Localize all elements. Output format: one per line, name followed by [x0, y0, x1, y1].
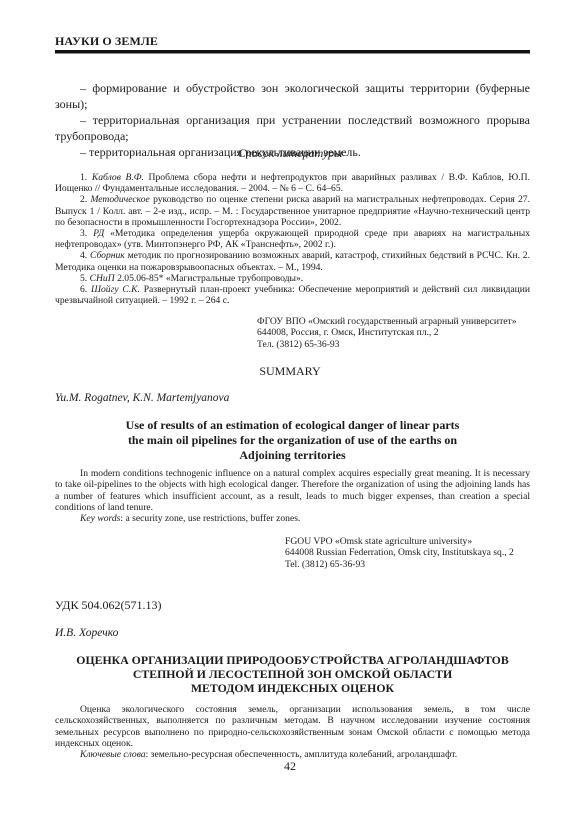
header-rule — [55, 50, 530, 53]
title-line: МЕТОДОМ ИНДЕКСНЫХ ОЦЕНОК — [55, 681, 530, 695]
affiliation-en: FGOU VPO «Omsk state agriculture univers… — [285, 536, 514, 570]
article-title: ОЦЕНКА ОРГАНИЗАЦИИ ПРИРОДООБУСТРОЙСТВА А… — [55, 653, 530, 695]
reference-lead: РД — [93, 228, 104, 239]
reference-lead: Шойгу С.К. — [91, 284, 140, 295]
summary-authors: Yu.M. Rogatnev, K.N. Martemjyanova — [55, 392, 229, 404]
reference-text: «Методика определения ущерба окружающей … — [55, 228, 530, 250]
affiliation-line: Тел. (3812) 65-36-93 — [257, 339, 517, 350]
title-line: Adjoining territories — [55, 448, 530, 463]
title-line: ОЦЕНКА ОРГАНИЗАЦИИ ПРИРОДООБУСТРОЙСТВА А… — [55, 653, 530, 667]
summary-abstract: In modern conditions technogenic influen… — [55, 468, 530, 524]
article-author: И.В. Хоречко — [55, 627, 118, 639]
title-line: СТЕПНОЙ И ЛЕСОСТЕПНОЙ ЗОН ОМСКОЙ ОБЛАСТИ — [55, 667, 530, 681]
reference-item: 5. СНиП 2.05.06-85* «Магистральные трубо… — [55, 273, 530, 284]
references-list: 1. Каблов В.Ф. Проблема сбора нефти и не… — [55, 172, 530, 306]
udk-code: УДК 504.062(571.13) — [55, 598, 161, 613]
article-abstract: Оценка экологического состояния земель, … — [55, 704, 530, 760]
reference-item: 6. Шойгу С.К. Развернутый план-проект уч… — [55, 284, 530, 306]
affiliation-line: Tel. (3812) 65-36-93 — [285, 559, 514, 570]
keywords-label: Key words — [80, 513, 120, 524]
affiliation-line: FGOU VPO «Omsk state agriculture univers… — [285, 536, 514, 547]
reference-item: 1. Каблов В.Ф. Проблема сбора нефти и не… — [55, 172, 530, 194]
keywords-line: Key words: a security zone, use restrict… — [55, 513, 530, 524]
title-line: the main oil pipelines for the organizat… — [55, 433, 530, 448]
affiliation-line: 644008, Россия, г. Омск, Институтская пл… — [257, 327, 517, 338]
reference-lead: СНиП — [90, 273, 115, 284]
reference-number: 5. — [80, 273, 87, 284]
reference-number: 4. — [80, 250, 87, 261]
reference-lead: Методическое — [90, 194, 149, 205]
intro-list-item: – территориальная организация при устран… — [55, 112, 530, 144]
section-title: НАУКИ О ЗЕМЛЕ — [55, 34, 158, 49]
affiliation-line: ФГОУ ВПО «Омский государственный аграрны… — [257, 316, 517, 327]
keywords-text: : a security zone, use restrictions, buf… — [120, 513, 300, 524]
abstract-text: Оценка экологического состояния земель, … — [55, 704, 530, 749]
reference-item: 2. Методическое руководство по оценке ст… — [55, 194, 530, 228]
affiliation-ru: ФГОУ ВПО «Омский государственный аграрны… — [257, 316, 517, 350]
affiliation-line: 644008 Russian Federration, Omsk city, I… — [285, 547, 514, 558]
reference-text: методик по прогнозированию возможных ава… — [55, 250, 530, 272]
reference-number: 3. — [80, 228, 87, 239]
reference-item: 4. Сборник методик по прогнозированию во… — [55, 250, 530, 272]
reference-number: 1. — [80, 172, 87, 183]
reference-item: 3. РД «Методика определения ущерба окруж… — [55, 228, 530, 250]
title-line: Use of results of an estimation of ecolo… — [55, 418, 530, 433]
reference-text: 2.05.06-85* «Магистральные трубопроводы»… — [115, 273, 304, 284]
reference-number: 6. — [80, 284, 87, 295]
page-number: 42 — [0, 759, 580, 774]
abstract-text: In modern conditions technogenic influen… — [55, 468, 530, 513]
summary-heading: SUMMARY — [0, 364, 580, 379]
intro-list-item: – формирование и обустройство зон эколог… — [55, 80, 530, 112]
reference-lead: Сборник — [90, 250, 125, 261]
reference-number: 2. — [80, 194, 87, 205]
reference-lead: Каблов В.Ф. — [92, 172, 144, 183]
summary-title: Use of results of an estimation of ecolo… — [55, 418, 530, 463]
references-title: Список литературы — [0, 146, 580, 161]
